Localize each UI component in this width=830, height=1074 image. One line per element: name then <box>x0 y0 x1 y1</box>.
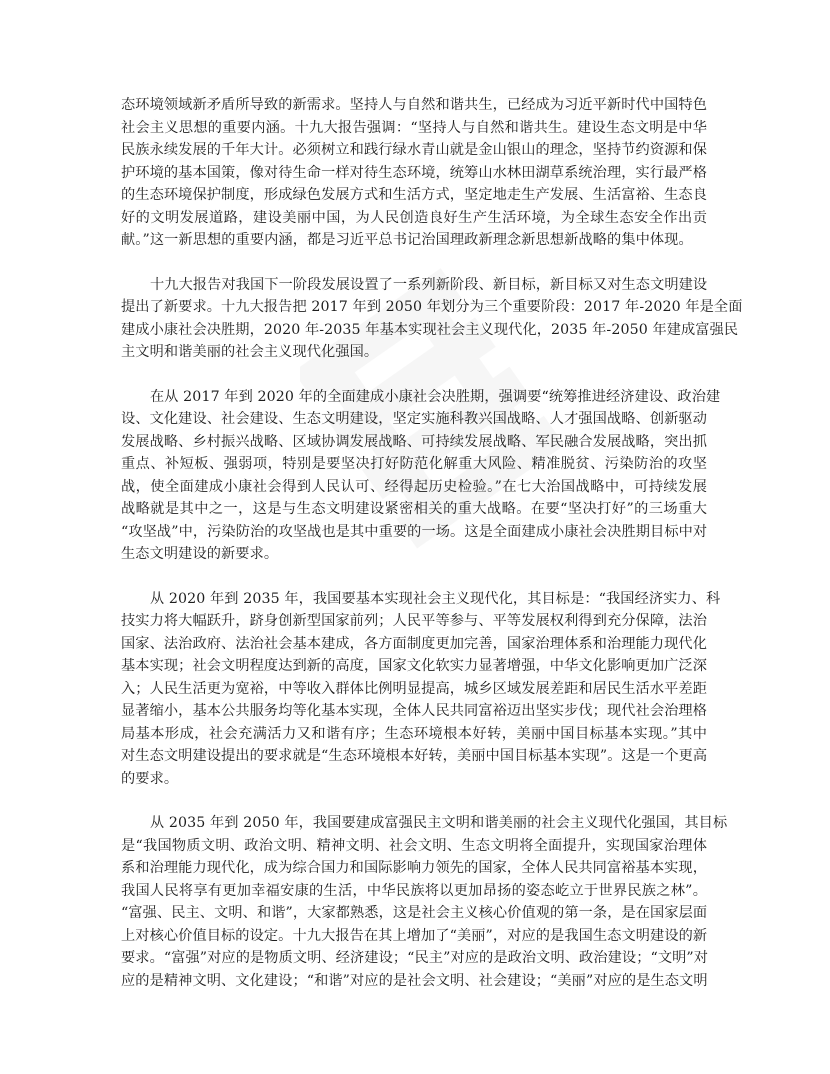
paragraph-5: 从 2035 年到 2050 年，我国要建成富强民主文明和谐美丽的社会主义现代化… <box>121 812 707 992</box>
text-line: 护环境的基本国策，像对待生命一样对待生态环境，统筹山水林田湖草系统治理，实行最严… <box>121 162 707 185</box>
text-line: 我国人民将享有更加幸福安康的生活，中华民族将以更加昂扬的姿态屹立于世界民族之林”… <box>121 880 707 903</box>
text-line: 重点、补短板、强弱项，特别是要坚决打好防范化解重大风险、精准脱贫、污染防治的攻坚 <box>121 453 707 476</box>
text-line: “富强、民主、文明、和谐”，大家都熟悉，这是社会主义核心价值观的第一条，是在国家… <box>121 902 707 925</box>
text-line: 设、文化建设、社会建设、生态文明建设，坚定实施科教兴国战略、人才强国战略、创新驱… <box>121 408 707 431</box>
text-line: 十九大报告对我国下一阶段发展设置了一系列新阶段、新目标，新目标又对生态文明建设 <box>121 274 707 297</box>
text-line: 局基本形成，社会充满活力又和谐有序；生态环境根本好转，美丽中国目标基本实现。”其… <box>121 723 707 746</box>
paragraph-2: 十九大报告对我国下一阶段发展设置了一系列新阶段、新目标，新目标又对生态文明建设 … <box>121 274 707 364</box>
text-line: 技实力将大幅跃升，跻身创新型国家前列；人民平等参与、平等发展权利得到充分保障，法… <box>121 610 707 633</box>
text-line: 要求。“富强”对应的是物质文明、经济建设；“民主”对应的是政治文明、政治建设；“… <box>121 947 707 970</box>
text-line: 的生态环境保护制度，形成绿色发展方式和生活方式，坚定地走生产发展、生活富裕、生态… <box>121 184 707 207</box>
text-line: 民族永续发展的千年大计。必须树立和践行绿水青山就是金山银山的理念，坚持节约资源和… <box>121 139 707 162</box>
text-line: 建成小康社会决胜期，2020 年-2035 年基本实现社会主义现代化，2035 … <box>121 319 707 342</box>
text-line: 发展战略、乡村振兴战略、区域协调发展战略、可持续发展战略、军民融合发展战略，突出… <box>121 431 707 454</box>
document-body: 态环境领域新矛盾所导致的新需求。坚持人与自然和谐共生，已经成为习近平新时代中国特… <box>121 94 707 1014</box>
text-line: 态环境领域新矛盾所导致的新需求。坚持人与自然和谐共生，已经成为习近平新时代中国特… <box>121 94 707 117</box>
text-line: 对生态文明建设提出的要求就是“生态环境根本好转，美丽中国目标基本实现”。这是一个… <box>121 745 707 768</box>
paragraph-1: 态环境领域新矛盾所导致的新需求。坚持人与自然和谐共生，已经成为习近平新时代中国特… <box>121 94 707 252</box>
text-line: 是“我国物质文明、政治文明、精神文明、社会文明、生态文明将全面提升，实现国家治理… <box>121 835 707 858</box>
text-line: 献。”这一新思想的重要内涵，都是习近平总书记治国理政新理念新思想新战略的集中体现… <box>121 229 707 252</box>
text-line: 的要求。 <box>121 768 707 791</box>
paragraph-4: 从 2020 年到 2035 年，我国要基本实现社会主义现代化，其目标是：“我国… <box>121 588 707 791</box>
paragraph-3: 在从 2017 年到 2020 年的全面建成小康社会决胜期，强调要“统筹推进经济… <box>121 386 707 566</box>
text-line: 在从 2017 年到 2020 年的全面建成小康社会决胜期，强调要“统筹推进经济… <box>121 386 707 409</box>
text-line: 上对核心价值目标的设定。十九大报告在其上增加了“美丽”，对应的是我国生态文明建设… <box>121 925 707 948</box>
document-page: 态环境领域新矛盾所导致的新需求。坚持人与自然和谐共生，已经成为习近平新时代中国特… <box>0 0 830 1074</box>
text-line: 生态文明建设的新要求。 <box>121 543 707 566</box>
text-line: 战略就是其中之一，这是与生态文明建设紧密相关的重大战略。在要“坚决打好”的三场重… <box>121 498 707 521</box>
text-line: 入；人民生活更为宽裕，中等收入群体比例明显提高，城乡区域发展差距和居民生活水平差… <box>121 678 707 701</box>
text-line: 基本实现；社会文明程度达到新的高度，国家文化软实力显著增强，中华文化影响更加广泛… <box>121 655 707 678</box>
text-line: 应的是精神文明、文化建设；“和谐”对应的是社会文明、社会建设；“美丽”对应的是生… <box>121 970 707 993</box>
text-line: “攻坚战”中，污染防治的攻坚战也是其中重要的一场。这是全面建成小康社会决胜期目标… <box>121 521 707 544</box>
text-line: 从 2020 年到 2035 年，我国要基本实现社会主义现代化，其目标是：“我国… <box>121 588 707 611</box>
text-line: 显著缩小，基本公共服务均等化基本实现，全体人民共同富裕迈出坚实步伐；现代社会治理… <box>121 700 707 723</box>
text-line: 社会主义思想的重要内涵。十九大报告强调：“坚持人与自然和谐共生。建设生态文明是中… <box>121 117 707 140</box>
text-line: 提出了新要求。十九大报告把 2017 年到 2050 年划分为三个重要阶段：20… <box>121 296 707 319</box>
text-line: 战，使全面建成小康社会得到人民认可、经得起历史检验。”在七大治国战略中，可持续发… <box>121 476 707 499</box>
text-line: 系和治理能力现代化，成为综合国力和国际影响力领先的国家，全体人民共同富裕基本实现… <box>121 857 707 880</box>
text-line: 好的文明发展道路，建设美丽中国，为人民创造良好生产生活环境，为全球生态安全作出贡 <box>121 207 707 230</box>
text-line: 主文明和谐美丽的社会主义现代化强国。 <box>121 341 707 364</box>
text-line: 从 2035 年到 2050 年，我国要建成富强民主文明和谐美丽的社会主义现代化… <box>121 812 707 835</box>
text-line: 国家、法治政府、法治社会基本建成，各方面制度更加完善，国家治理体系和治理能力现代… <box>121 633 707 656</box>
